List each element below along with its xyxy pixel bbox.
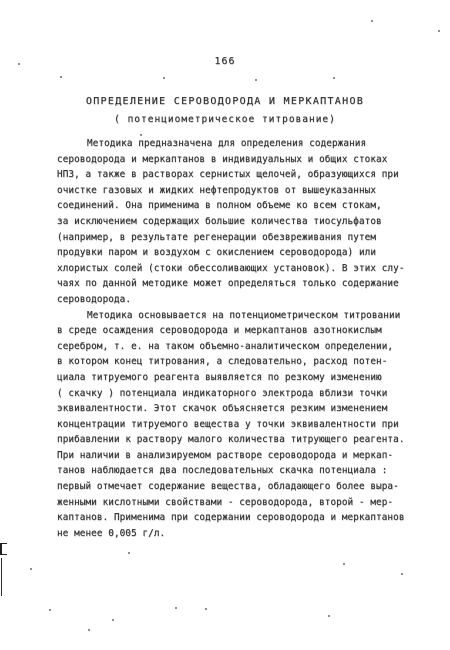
- scan-speckle: [205, 608, 207, 610]
- text-line: соединений. Она применима в полном объем…: [57, 198, 402, 214]
- scan-speckle: [438, 30, 440, 32]
- paragraph-1: Методика предназначена для определения с…: [57, 136, 402, 308]
- text-line: танов наблюдается два последовательных с…: [57, 463, 402, 479]
- text-line: каптанов. Применима при содержании серов…: [57, 510, 402, 526]
- scan-speckle: [401, 573, 403, 575]
- scan-speckle: [343, 563, 345, 565]
- text-line: При наличии в анализируемом растворе сер…: [57, 448, 402, 464]
- text-line: концентрации титруемого вещества у точки…: [57, 417, 402, 433]
- text-line: чаях по данной методике может определять…: [57, 276, 402, 292]
- text-line: в котором конец титрования, а следовател…: [57, 354, 402, 370]
- text-line: НПЗ, а также в растворах сернистых щелоч…: [57, 167, 402, 183]
- text-line: ( скачку ) потенциала индикаторного элек…: [57, 386, 402, 402]
- text-line: сероводорода и меркаптанов в индивидуаль…: [57, 152, 402, 168]
- text-line: не менее 0,005 г/л.: [57, 526, 402, 542]
- scan-speckle: [140, 134, 142, 136]
- scan-speckle: [163, 77, 165, 79]
- scan-speckle: [88, 629, 90, 631]
- scan-edge-artifact: [0, 543, 7, 555]
- scan-speckle: [30, 568, 32, 570]
- document-title: ОПРЕДЕЛЕНИЕ СЕРОВОДОРОДА И МЕРКАПТАНОВ: [0, 96, 450, 107]
- scan-speckle: [112, 619, 114, 621]
- text-line: за исключением содержащих большие количе…: [57, 214, 402, 230]
- text-line: Методика основывается на потенциометриче…: [57, 308, 402, 324]
- scan-speckle: [255, 79, 257, 81]
- document-body: Методика предназначена для определения с…: [57, 136, 402, 541]
- scanned-document-page: 166 ОПРЕДЕЛЕНИЕ СЕРОВОДОРОДА И МЕРКАПТАН…: [0, 0, 450, 650]
- text-line: хлористых солей (стоки обессоливающих ус…: [57, 261, 402, 277]
- text-line: серебром, т. е. на таком объемно-аналити…: [57, 339, 402, 355]
- scan-speckle: [128, 552, 130, 554]
- paragraph-2: Методика основывается на потенциометриче…: [57, 308, 402, 542]
- text-line: в среде осаждения сероводорода и меркапт…: [57, 323, 402, 339]
- text-line: циала титруемого реагента выявляется по …: [57, 370, 402, 386]
- text-line: очистке газовых и жидких нефтепродуктов …: [57, 183, 402, 199]
- scan-speckle: [60, 76, 62, 78]
- scan-speckle: [49, 609, 51, 611]
- text-line: первый отмечает содержание вещества, обл…: [57, 479, 402, 495]
- text-line: Методика предназначена для определения с…: [57, 136, 402, 152]
- scan-speckle: [333, 77, 335, 79]
- text-line: женными кислотными свойствами - сероводо…: [57, 495, 402, 511]
- text-line: сероводорода.: [57, 292, 402, 308]
- page-number: 166: [0, 56, 450, 67]
- scan-speckle: [175, 607, 177, 609]
- text-line: эквивалентности. Этот скачок объясняется…: [57, 401, 402, 417]
- scan-edge-line: [1, 558, 2, 596]
- text-line: прибавлении к раствору малого количества…: [57, 432, 402, 448]
- scan-speckle: [18, 63, 20, 65]
- scan-speckle: [328, 615, 330, 617]
- scan-speckle: [371, 20, 373, 22]
- document-subtitle: ( потенциометрическое титрование): [0, 114, 450, 125]
- text-line: продувки паром и воздухом с окислением с…: [57, 245, 402, 261]
- text-line: (например, в результате регенерации обез…: [57, 230, 402, 246]
